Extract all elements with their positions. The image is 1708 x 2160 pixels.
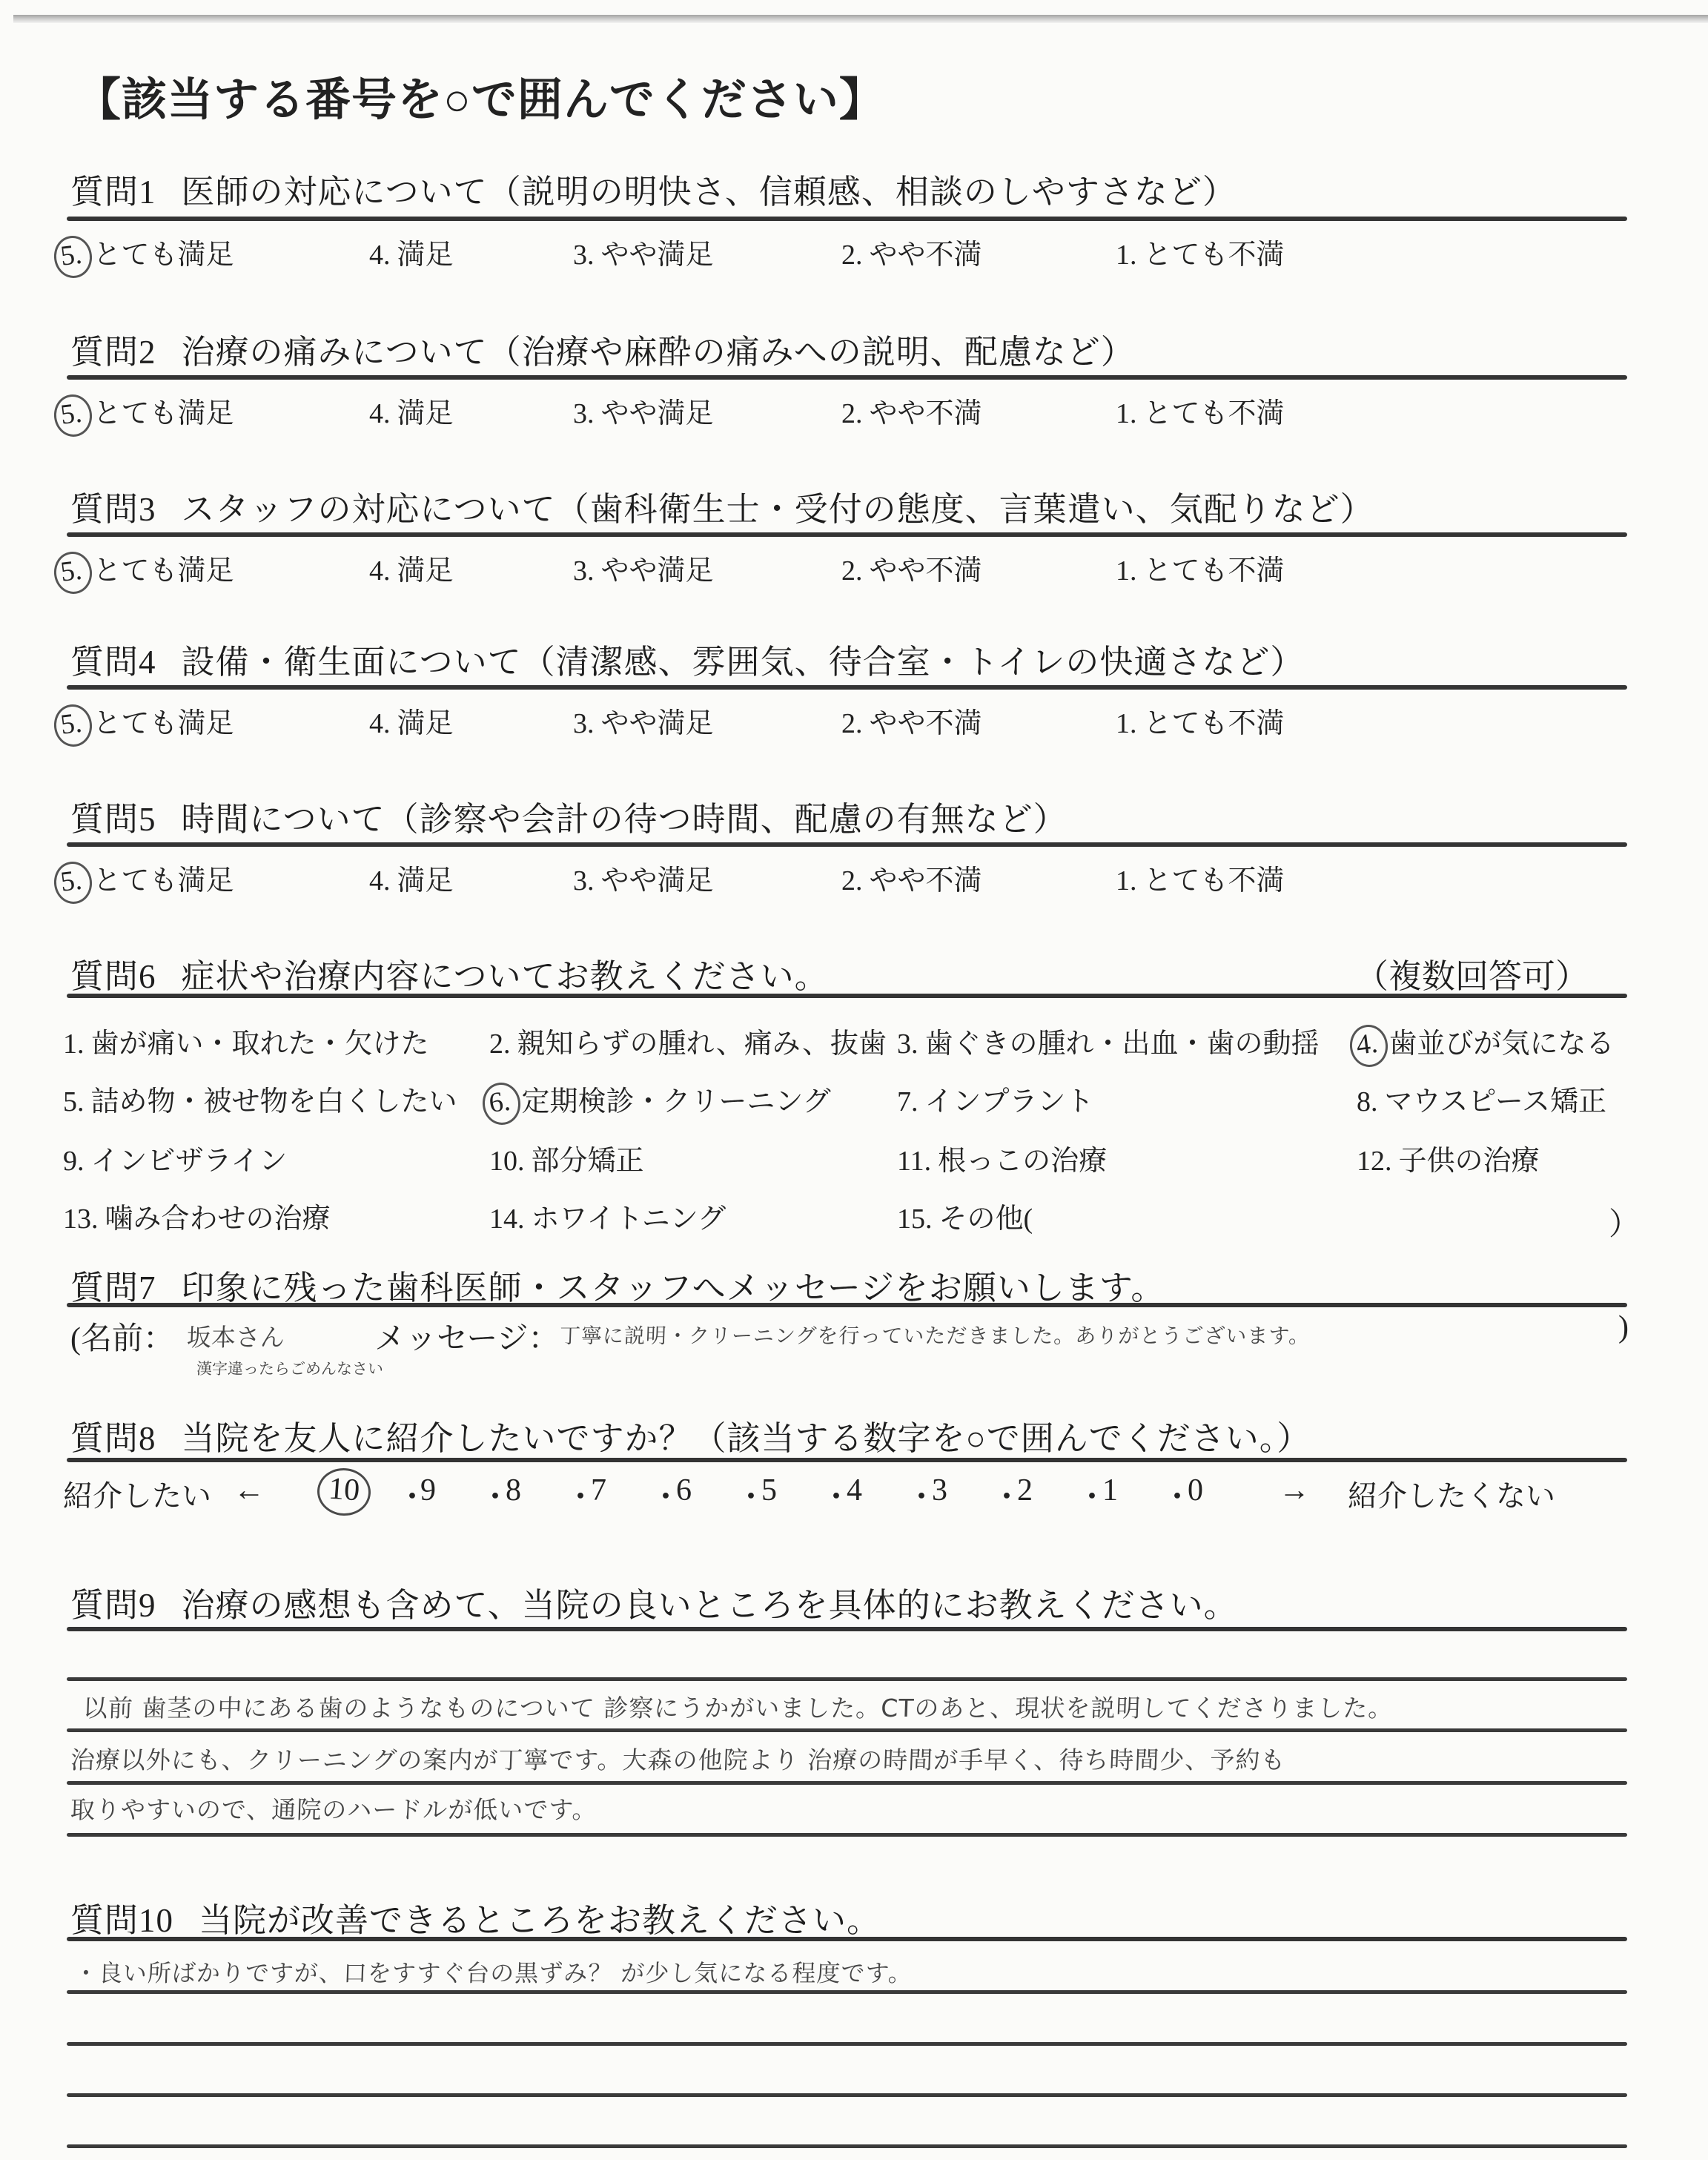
question-3-option-1: 1.とても不満 (1116, 547, 1285, 588)
answer-ruled-line (67, 1728, 1627, 1732)
question-4-options: 5.とても満足 4.満足 3.やや満足 2.やや不満 1.とても不満 (0, 700, 1708, 747)
question-6-header: 質問6症状や治療内容についてお教えください。 (70, 949, 829, 997)
answer-ruled-line (67, 1833, 1627, 1837)
question-3-options: 5.とても満足 4.満足 3.やや満足 2.やや不満 1.とても不満 (0, 547, 1708, 595)
question-3-option-4: 4.満足 (369, 547, 454, 588)
scale-number-3: 3 (932, 1473, 947, 1508)
question-7-label: 質問7 (70, 1269, 156, 1307)
scale-right-label: 紹介したくない (1348, 1473, 1555, 1515)
name-handwritten-note: 漢字違ったらごめんなさい (196, 1357, 383, 1379)
question-6-items-row-2: 5.詰め物・被せ物を白くしたい 6.定期検診・クリーニング 7.インプラント 8… (0, 1078, 1708, 1126)
q6-item-5-label: 詰め物・被せ物を白くしたい (91, 1086, 457, 1117)
question-3-header: 質問3スタッフの対応について（歯科衛生士・受付の態度、言葉遣い、気配りなど） (70, 482, 1374, 530)
question-5-option-3-label: やや満足 (601, 865, 714, 896)
q6-item-14-label: ホワイトニング (532, 1203, 726, 1235)
question-3-option-5-label: とても満足 (93, 555, 234, 587)
question-5-header: 質問5時間について（診察や会計の待つ時間、配慮の有無など） (70, 792, 1067, 840)
question-5-option-3: 3.やや満足 (573, 857, 714, 898)
answer-ruled-line (67, 1677, 1627, 1681)
question-3-option-3-label: やや満足 (601, 555, 714, 587)
question-6-rule (67, 994, 1627, 998)
question-4-option-4-label: 満足 (397, 708, 454, 739)
scale-number-7: 7 (591, 1473, 606, 1508)
q6-item-9-label: インビザライン (91, 1146, 288, 1177)
question-1-rule (67, 217, 1627, 221)
q6-item-6-label: 定期検診・クリーニング (522, 1086, 831, 1117)
q6-item-11-num: 11. (897, 1146, 931, 1177)
q6-item-10: 10.部分矯正 (489, 1137, 644, 1178)
q6-item-12: 12.子供の治療 (1357, 1137, 1540, 1178)
q9-handwritten-line-2: 治療以外にも、クリーニングの案内が丁寧です。大森の他院より 治療の時間が手早く、… (70, 1741, 1286, 1776)
q6-item-4-circle-mark: 4. (1348, 1023, 1390, 1069)
q6-item-2-label: 親知らずの腫れ、痛み、抜歯 (517, 1028, 887, 1060)
question-2-header: 質問2治療の痛みについて（治療や麻酔の痛みへの説明、配慮など） (70, 325, 1135, 373)
question-1-option-3: 3.やや満足 (573, 231, 714, 272)
question-6-text: 症状や治療内容についてお教えください。 (182, 958, 829, 995)
question-8-label: 質問8 (70, 1420, 156, 1457)
question-4-circle-mark: 5. (52, 702, 94, 749)
question-1-option-1-label: とても不満 (1144, 240, 1285, 271)
q6-item-11: 11.根っこの治療 (897, 1137, 1107, 1178)
question-2-option-2-num: 2. (841, 398, 863, 429)
question-8-nps-scale: 紹介したい ← 10 ・ 9 ・ 8 ・ 7 ・ 6 ・ 5 ・ 4 ・ 3 ・… (0, 1473, 1708, 1539)
scanned-survey-page: 【該当する番号を○で囲んでください】 質問1医師の対応について（説明の明快さ、信… (0, 0, 1708, 2160)
question-4-option-4: 4.満足 (369, 700, 454, 741)
q6-item-1: 1.歯が痛い・取れた・欠けた (63, 1020, 429, 1061)
q10-handwritten-line: ・良い所ばかりですが、口をすすぐ台の黒ずみ？ が少し気になる程度です。 (73, 1955, 913, 1989)
question-1-label: 質問1 (70, 174, 156, 211)
question-4-option-1-label: とても不満 (1144, 708, 1285, 739)
scale-number-1: 1 (1102, 1473, 1118, 1508)
scale-number-6: 6 (676, 1473, 692, 1508)
question-10-header: 質問10当院が改善できるところをお教えください。 (70, 1893, 881, 1941)
q6-item-15: 15.その他( (897, 1195, 1033, 1236)
question-4-option-5: 5.とても満足 (61, 700, 234, 741)
question-5-option-4: 4.満足 (369, 857, 454, 898)
question-6-items-row-4: 13.噛み合わせの治療 14.ホワイトニング 15.その他( ） (0, 1195, 1708, 1243)
message-handwritten-value: 丁寧に説明・クリーニングを行っていただきました。ありがとうございます。 (559, 1320, 1311, 1350)
name-handwritten-value: 坂本さん (186, 1318, 285, 1353)
question-5-rule (67, 842, 1627, 847)
question-4-rule (67, 685, 1627, 690)
question-2-option-4-label: 満足 (397, 398, 454, 429)
question-2-text: 治療の痛みについて（治療や麻酔の痛みへの説明、配慮など） (182, 334, 1135, 371)
question-2-circle-mark: 5. (52, 392, 94, 439)
question-2-options: 5.とても満足 4.満足 3.やや満足 2.やや不満 1.とても不満 (0, 390, 1708, 437)
question-2-option-3-label: やや満足 (601, 398, 714, 429)
question-10-text: 当院が改善できるところをお教えください。 (199, 1902, 881, 1939)
question-4-option-2: 2.やや不満 (841, 700, 982, 741)
question-2-option-1-num: 1. (1116, 398, 1137, 429)
question-9-rule (67, 1627, 1627, 1631)
q6-item-8: 8.マウスピース矯正 (1357, 1078, 1606, 1119)
question-1-options: 5.とても満足 4.満足 3.やや満足 2.やや不満 1.とても不満 (0, 231, 1708, 279)
question-2-option-2: 2.やや不満 (841, 390, 982, 431)
q6-item-12-num: 12. (1357, 1146, 1392, 1177)
scale-number-4: 4 (847, 1473, 862, 1508)
question-5-option-1-label: とても不満 (1144, 865, 1285, 896)
question-1-option-2-num: 2. (841, 240, 863, 271)
q6-item-15-label: その他( (939, 1203, 1033, 1235)
q6-item-14-num: 14. (489, 1203, 525, 1235)
question-7-answer-row: (名前： 坂本さん メッセージ： 丁寧に説明・クリーニングを行っていただきました… (0, 1314, 1708, 1361)
question-3-circle-mark: 5. (52, 549, 94, 596)
q6-item-4-label: 歯並びが気になる (1389, 1028, 1615, 1060)
question-1-option-1-num: 1. (1116, 240, 1137, 271)
q6-item-7-label: インプラント (925, 1086, 1094, 1117)
q6-item-3-num: 3. (897, 1028, 918, 1060)
answer-ruled-line (67, 2042, 1627, 2046)
scan-artifact-top-band (13, 15, 1708, 23)
question-3-rule (67, 532, 1627, 537)
question-4-option-2-label: やや不満 (870, 708, 982, 739)
q6-item-6: 6.定期検診・クリーニング (489, 1078, 831, 1119)
question-9-label: 質問9 (70, 1587, 156, 1624)
question-8-rule (67, 1458, 1627, 1462)
question-3-option-2-label: やや不満 (870, 555, 982, 587)
question-4-option-5-label: とても満足 (93, 708, 234, 739)
question-2-option-5: 5.とても満足 (61, 390, 234, 431)
question-5-option-1: 1.とても不満 (1116, 857, 1285, 898)
question-2-option-1: 1.とても不満 (1116, 390, 1285, 431)
question-1-header: 質問1医師の対応について（説明の明快さ、信頼感、相談のしやすさなど） (70, 165, 1237, 213)
question-8-header: 質問8当院を友人に紹介したいですか？（該当する数字を○で囲んでください。） (70, 1411, 1311, 1459)
question-3-option-3: 3.やや満足 (573, 547, 714, 588)
question-3-option-1-num: 1. (1116, 555, 1137, 587)
q6-item-7-num: 7. (897, 1086, 918, 1117)
question-5-circle-mark: 5. (52, 859, 94, 906)
q6-item-2-num: 2. (489, 1028, 511, 1060)
question-1-option-4: 4.満足 (369, 231, 454, 272)
question-5-text: 時間について（診察や会計の待つ時間、配慮の有無など） (182, 801, 1067, 838)
left-arrow-icon: ← (234, 1473, 265, 1508)
name-field-label: (名前： (70, 1314, 174, 1358)
q6-item-7: 7.インプラント (897, 1078, 1094, 1119)
question-2-label: 質問2 (70, 334, 156, 371)
message-field-label: メッセージ： (374, 1314, 559, 1358)
question-2-option-4-num: 4. (369, 398, 391, 429)
question-3-option-4-label: 満足 (397, 555, 454, 587)
question-1-option-4-label: 満足 (397, 240, 454, 271)
q6-item-4: 4.歯並びが気になる (1357, 1020, 1615, 1061)
question-4-option-2-num: 2. (841, 708, 863, 739)
q6-item-3: 3.歯ぐきの腫れ・出血・歯の動揺 (897, 1020, 1320, 1061)
scale-number-0: 0 (1188, 1473, 1203, 1508)
question-6-items-row-3: 9.インビザライン 10.部分矯正 11.根っこの治療 12.子供の治療 (0, 1137, 1708, 1185)
q6-item-2: 2.親知らずの腫れ、痛み、抜歯 (489, 1020, 887, 1061)
question-5-option-2-label: やや不満 (870, 865, 982, 896)
q6-item-13-num: 13. (63, 1203, 99, 1235)
q6-item-5: 5.詰め物・被せ物を白くしたい (63, 1078, 457, 1119)
question-5-option-5: 5.とても満足 (61, 857, 234, 898)
question-10-label: 質問10 (70, 1902, 173, 1939)
question-1-option-3-num: 3. (573, 240, 595, 271)
question-3-label: 質問3 (70, 491, 156, 528)
question-4-option-1: 1.とても不満 (1116, 700, 1285, 741)
right-arrow-icon: → (1279, 1473, 1310, 1508)
question-2-option-1-label: とても不満 (1144, 398, 1285, 429)
question-6-multi-answer-note: （複数回答可） (1355, 949, 1589, 997)
q6-item-10-label: 部分矯正 (532, 1146, 644, 1177)
question-3-option-2: 2.やや不満 (841, 547, 982, 588)
question-8-text: 当院を友人に紹介したいですか？（該当する数字を○で囲んでください。） (182, 1420, 1311, 1457)
q6-item-14: 14.ホワイトニング (489, 1195, 726, 1236)
question-5-option-3-num: 3. (573, 865, 595, 896)
scale-number-9: 9 (420, 1473, 436, 1508)
q7-close-paren: ) (1618, 1309, 1629, 1345)
q6-item-1-label: 歯が痛い・取れた・欠けた (91, 1028, 429, 1060)
question-1-option-2-label: やや不満 (870, 240, 982, 271)
q6-item-10-num: 10. (489, 1146, 525, 1177)
question-1-option-5-label: とても満足 (93, 240, 234, 271)
question-3-option-4-num: 4. (369, 555, 391, 587)
question-4-header: 質問4設備・衛生面について（清潔感、雰囲気、待合室・トイレの快適さなど） (70, 635, 1304, 683)
answer-ruled-line (67, 2144, 1627, 2148)
question-3-text: スタッフの対応について（歯科衛生士・受付の態度、言葉遣い、気配りなど） (182, 491, 1374, 528)
question-4-option-4-num: 4. (369, 708, 391, 739)
answer-ruled-line (67, 2093, 1627, 2097)
q6-item-9: 9.インビザライン (63, 1137, 287, 1178)
q6-item-3-label: 歯ぐきの腫れ・出血・歯の動揺 (925, 1028, 1320, 1060)
question-1-option-3-label: やや満足 (601, 240, 714, 271)
question-1-option-5: 5.とても満足 (61, 231, 234, 272)
question-6-label: 質問6 (70, 958, 156, 995)
question-2-option-2-label: やや不満 (870, 398, 982, 429)
answer-ruled-line (67, 1781, 1627, 1785)
question-1-option-2: 2.やや不満 (841, 231, 982, 272)
question-5-label: 質問5 (70, 801, 156, 838)
question-9-header: 質問9治療の感想も含めて、当院の良いところを具体的にお教えください。 (70, 1578, 1238, 1626)
question-1-circle-mark: 5. (52, 234, 94, 280)
question-6-items-row-1: 1.歯が痛い・取れた・欠けた 2.親知らずの腫れ、痛み、抜歯 3.歯ぐきの腫れ・… (0, 1020, 1708, 1068)
q6-item-1-num: 1. (63, 1028, 85, 1060)
q6-item-13: 13.噛み合わせの治療 (63, 1195, 331, 1236)
question-2-option-4: 4.満足 (369, 390, 454, 431)
question-10-rule (67, 1937, 1627, 1941)
question-5-options: 5.とても満足 4.満足 3.やや満足 2.やや不満 1.とても不満 (0, 857, 1708, 905)
scale-number-2: 2 (1017, 1473, 1033, 1508)
question-1-option-1: 1.とても不満 (1116, 231, 1285, 272)
question-5-option-4-label: 満足 (397, 865, 454, 896)
q6-item-11-label: 根っこの治療 (938, 1146, 1107, 1177)
q9-handwritten-line-3: 取りやすいので、通院のハードルが低いです。 (70, 1791, 598, 1826)
answer-ruled-line (67, 1990, 1627, 1994)
question-7-text: 印象に残った歯科医師・スタッフへメッセージをお願いします。 (182, 1269, 1165, 1307)
question-4-option-3-num: 3. (573, 708, 595, 739)
question-2-option-5-label: とても満足 (93, 398, 234, 429)
scale-number-8: 8 (506, 1473, 521, 1508)
question-4-option-3-label: やや満足 (601, 708, 714, 739)
question-2-option-3: 3.やや満足 (573, 390, 714, 431)
question-5-option-2: 2.やや不満 (841, 857, 982, 898)
question-9-text: 治療の感想も含めて、当院の良いところを具体的にお教えください。 (182, 1587, 1238, 1624)
q6-item-8-label: マウスピース矯正 (1385, 1086, 1606, 1117)
q6-item-15-num: 15. (897, 1203, 933, 1235)
question-3-option-5: 5.とても満足 (61, 547, 234, 588)
question-3-option-3-num: 3. (573, 555, 595, 587)
question-4-option-3: 3.やや満足 (573, 700, 714, 741)
question-3-option-2-num: 2. (841, 555, 863, 587)
question-1-option-4-num: 4. (369, 240, 391, 271)
scale-number-5: 5 (761, 1473, 777, 1508)
question-5-option-1-num: 1. (1116, 865, 1137, 896)
question-5-option-4-num: 4. (369, 865, 391, 896)
question-7-header: 質問7印象に残った歯科医師・スタッフへメッセージをお願いします。 (70, 1261, 1165, 1309)
question-1-text: 医師の対応について（説明の明快さ、信頼感、相談のしやすさなど） (182, 174, 1237, 211)
q6-item-8-num: 8. (1357, 1086, 1378, 1117)
q6-item-9-num: 9. (63, 1146, 85, 1177)
q9-handwritten-line-1: 以前 歯茎の中にある歯のようなものについて 診察にうかがいました。CTのあと、現… (82, 1689, 1394, 1724)
question-4-label: 質問4 (70, 644, 156, 681)
q6-item-13-label: 噛み合わせの治療 (105, 1203, 331, 1235)
question-5-option-5-label: とても満足 (93, 865, 234, 896)
question-3-option-1-label: とても不満 (1144, 555, 1285, 587)
q6-other-close-paren: ） (1609, 1200, 1640, 1244)
question-7-rule (67, 1303, 1627, 1307)
question-2-rule (67, 375, 1627, 380)
scale-left-label: 紹介したい (63, 1473, 211, 1515)
question-4-option-1-num: 1. (1116, 708, 1137, 739)
question-4-text: 設備・衛生面について（清潔感、雰囲気、待合室・トイレの快適さなど） (182, 644, 1305, 681)
q6-item-12-label: 子供の治療 (1399, 1146, 1540, 1177)
q6-item-6-circle-mark: 6. (480, 1080, 523, 1127)
question-5-option-2-num: 2. (841, 865, 863, 896)
survey-title: 【該当する番号を○で囲んでください】 (76, 64, 885, 128)
q8-circle-mark: 10 (316, 1467, 372, 1518)
q6-item-5-num: 5. (63, 1086, 85, 1117)
question-2-option-3-num: 3. (573, 398, 595, 429)
